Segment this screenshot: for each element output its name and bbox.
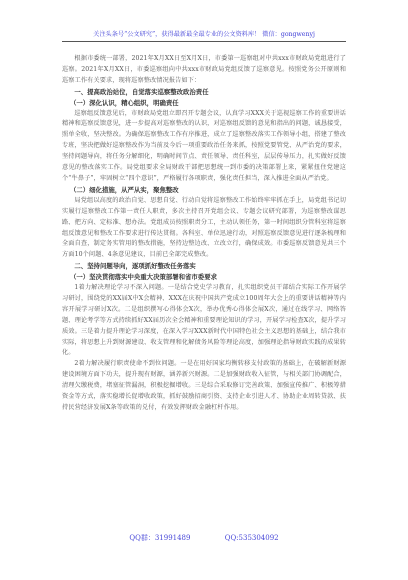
section-2-heading: 二、坚持问题导向，逐项抓好整改任务落实	[62, 261, 346, 272]
document-body: 根据市委统一部署，2021年X月XX日至X月X日，市委第一巡察组对中共xxx市财…	[62, 54, 346, 414]
section-2-1-item-1: 1着力解决理论学习不深入问题。一是结合党史学习教育，扎实组织党员干部结合实际工作…	[62, 283, 346, 359]
qq-group-label: QQ群：31991489	[129, 533, 190, 543]
header-divider	[62, 41, 346, 42]
section-2-1-item-2: 2着力解决履行职责使命不到位问题。一是在用好国家均衡转移支付政策的基础上，在破解…	[62, 359, 346, 414]
section-1-2-paragraph: 局党组以高度的政治自觉、思想自觉、行动自觉将巡察整改工作始终牢牢抓在手上，局党组…	[62, 196, 346, 261]
promo-banner-link[interactable]: 关注头条号“公文研究”，获得最新最全最专业的公文资料库！ 微信：gongweny…	[62, 30, 346, 39]
section-1-1-paragraph: 巡察组反馈意见后，市财政局党组立即召开专题会议，认真学习XXX关于巡视巡察工作的…	[62, 109, 346, 185]
intro-paragraph: 根据市委统一部署，2021年X月XX日至X月X日，市委第一巡察组对中共xxx市财…	[62, 54, 346, 87]
qq-label: QQ:535304092	[225, 534, 279, 542]
section-1-heading: 一、提高政治站位，自觉落实巡察整改政治责任	[62, 87, 346, 98]
section-1-1-heading: （一）深化认识，精心组织，明确责任	[62, 98, 346, 109]
section-1-2-heading: （二）细化措施，从严从实，聚焦整改	[62, 185, 346, 196]
section-2-1-heading: （一）坚决贯彻落实中央重大决策部署和省市委要求	[62, 272, 346, 283]
contact-footer: QQ群：31991489 QQ:535304092	[0, 533, 408, 543]
